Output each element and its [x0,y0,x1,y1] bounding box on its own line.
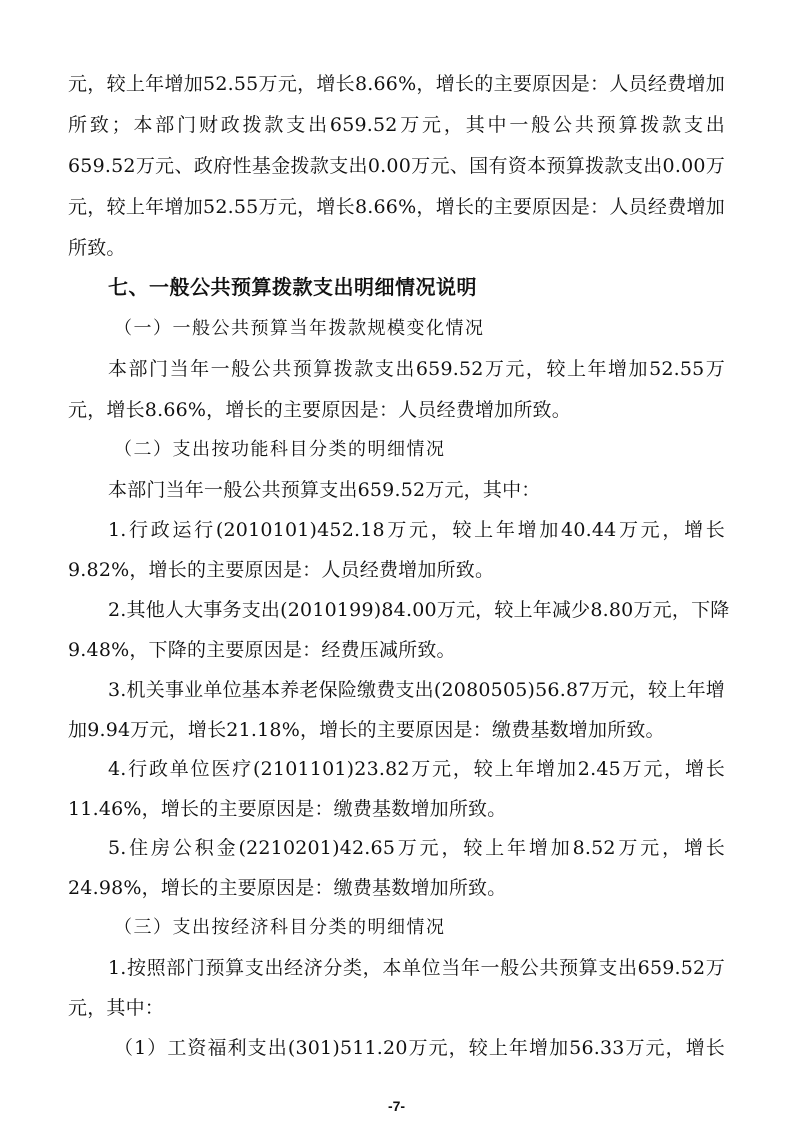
list-item-line: 1.行政运行(2010101)452.18万元，较上年增加40.44万元，增长 [108,518,725,542]
list-item-line: 4.行政单位医疗(2101101)23.82万元，较上年增加2.45万元，增长 [108,757,725,781]
list-item-line: （1）工资福利支出(301)511.20万元，较上年增加56.33万元，增长 [114,1036,725,1060]
paragraph-line: 元，其中： [68,996,725,1020]
paragraph-line: 本部门当年一般公共预算拨款支出659.52万元，较上年增加52.55万 [108,357,725,381]
list-item-line: 加9.94万元，增长21.18%，增长的主要原因是：缴费基数增加所致。 [68,718,725,742]
list-item-line: 2.其他人大事务支出(2010199)84.00万元，较上年减少8.80万元，下… [108,598,725,622]
paragraph-line: 元，增长8.66%，增长的主要原因是：人员经费增加所致。 [68,398,725,422]
subsection-heading: （三）支出按经济科目分类的明细情况 [114,916,446,940]
list-item-line: 9.82%，增长的主要原因是：人员经费增加所致。 [68,558,725,582]
paragraph-line: 元，较上年增加52.55万元，增长8.66%，增长的主要原因是：人员经费增加 [68,195,725,219]
subsection-heading: （一）一般公共预算当年拨款规模变化情况 [114,317,485,341]
paragraph-line: 本部门当年一般公共预算支出659.52万元，其中： [108,478,725,502]
document-page: 元，较上年增加52.55万元，增长8.66%，增长的主要原因是：人员经费增加 所… [0,0,793,1122]
list-item-line: 11.46%，增长的主要原因是：缴费基数增加所致。 [68,797,725,821]
paragraph-line: 659.52万元、政府性基金拨款支出0.00万元、国有资本预算拨款支出0.00万 [68,154,725,178]
paragraph-line: 1.按照部门预算支出经济分类，本单位当年一般公共预算支出659.52万 [108,956,725,980]
list-item-line: 5.住房公积金(2210201)42.65万元，较上年增加8.52万元，增长 [108,836,725,860]
paragraph-line: 所致；本部门财政拨款支出659.52万元，其中一般公共预算拨款支出 [68,113,725,137]
section-heading: 七、一般公共预算拨款支出明细情况说明 [108,274,477,300]
subsection-heading: （二）支出按功能科目分类的明细情况 [114,438,446,462]
list-item-line: 3.机关事业单位基本养老保险缴费支出(2080505)56.87万元，较上年增 [108,678,725,702]
list-item-line: 9.48%，下降的主要原因是：经费压减所致。 [68,638,725,662]
list-item-line: 24.98%，增长的主要原因是：缴费基数增加所致。 [68,876,725,900]
paragraph-line: 所致。 [68,236,725,260]
page-number: -7- [0,1098,793,1114]
paragraph-line: 元，较上年增加52.55万元，增长8.66%，增长的主要原因是：人员经费增加 [68,72,725,96]
